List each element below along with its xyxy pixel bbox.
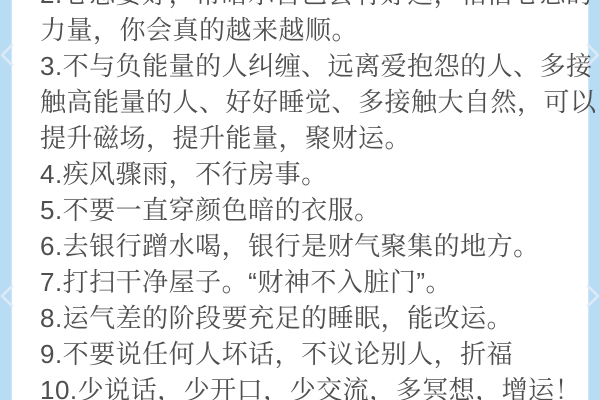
text-line: 7.打扫干净屋子。“财神不入脏门”。	[40, 264, 588, 300]
text-line: 10.少说话，少开口，少交流，多冥想，增运！	[40, 372, 588, 400]
chevron-left-icon[interactable]	[0, 283, 15, 309]
chevron-left-icon[interactable]	[0, 42, 15, 68]
carousel-slide-viewer: 2.心态要好，常暗示自己会有好运，相信心念的 力量，你会真的越来越顺。 3.不与…	[0, 0, 600, 400]
article-text: 2.心态要好，常暗示自己会有好运，相信心念的 力量，你会真的越来越顺。 3.不与…	[40, 0, 588, 400]
text-line: 4.疾风骤雨，不行房事。	[40, 156, 588, 192]
text-line: 3.不与负能量的人纠缠、远离爱抱怨的人、多接	[40, 48, 588, 84]
chevron-right-icon[interactable]	[585, 42, 600, 68]
text-line: 6.去银行蹭水喝，银行是财气聚集的地方。	[40, 228, 588, 264]
text-line: 9.不要说任何人坏话，不议论别人，折福	[40, 336, 588, 372]
text-line: 5.不要一直穿颜色暗的衣服。	[40, 192, 588, 228]
chevron-right-icon[interactable]	[585, 283, 600, 309]
text-line: 触高能量的人、好好睡觉、多接触大自然，可以	[40, 84, 588, 120]
text-line: 力量，你会真的越来越顺。	[40, 12, 588, 48]
text-line: 提升磁场，提升能量，聚财运。	[40, 120, 588, 156]
text-line-clipped: 2.心态要好，常暗示自己会有好运，相信心念的	[40, 0, 588, 12]
text-line: 8.运气差的阶段要充足的睡眠，能改运。	[40, 300, 588, 336]
